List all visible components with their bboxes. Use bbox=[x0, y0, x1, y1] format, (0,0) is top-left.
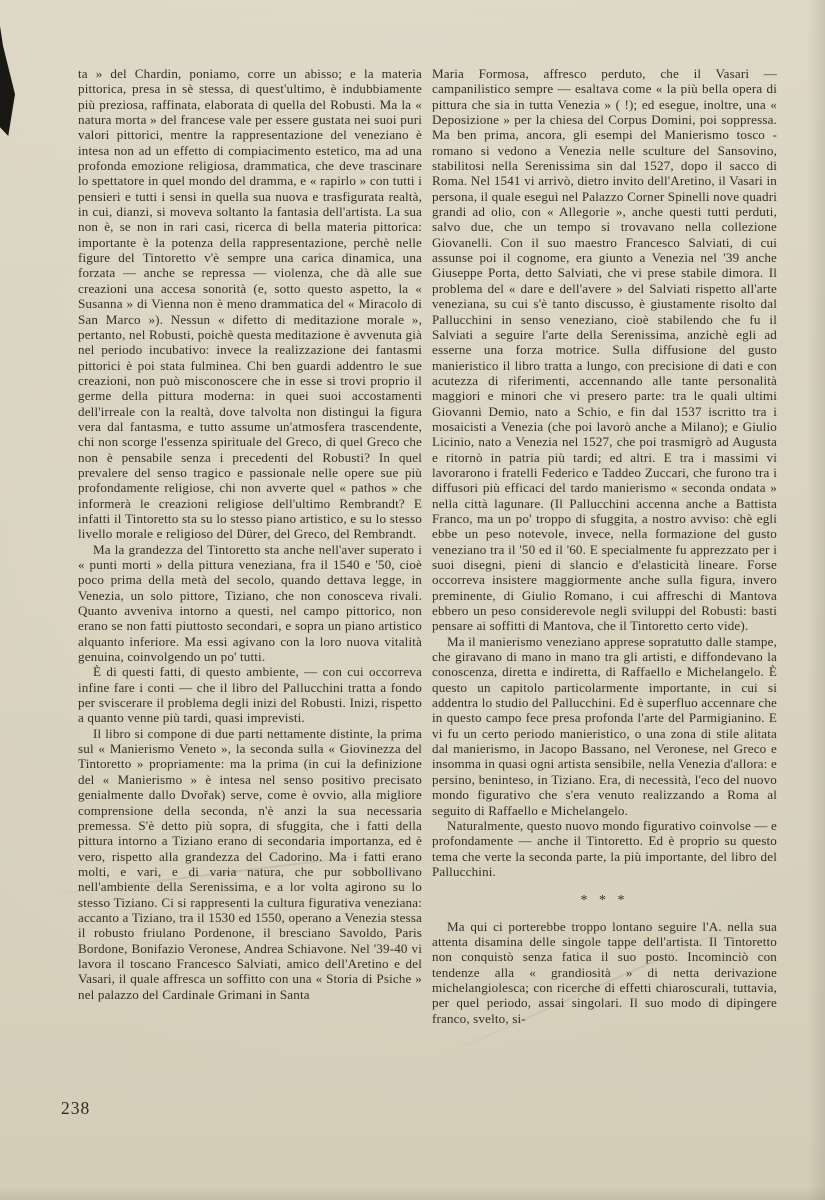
text-column-left: ta » del Chardin, poniamo, corre un abis… bbox=[78, 66, 422, 1002]
paragraph: Naturalmente, questo nuovo mondo figurat… bbox=[432, 818, 777, 879]
section-separator: * * * bbox=[432, 893, 777, 908]
page-number: 238 bbox=[61, 1098, 90, 1119]
paragraph: Ma la grandezza del Tintoretto sta anche… bbox=[78, 542, 422, 665]
page-edge-shadow-right bbox=[807, 0, 825, 1200]
book-page: ta » del Chardin, poniamo, corre un abis… bbox=[0, 0, 825, 1200]
paragraph-continuation: Maria Formosa, affresco perduto, che il … bbox=[432, 66, 777, 634]
page-edge-shadow-bottom bbox=[0, 1186, 825, 1200]
text-column-right: Maria Formosa, affresco perduto, che il … bbox=[432, 66, 777, 1026]
paragraph: Il libro si compone di due parti nettame… bbox=[78, 726, 422, 1002]
paragraph-continuation: ta » del Chardin, poniamo, corre un abis… bbox=[78, 66, 422, 542]
paragraph: È di questi fatti, di questo ambiente, —… bbox=[78, 664, 422, 725]
scan-corner-artifact bbox=[0, 26, 15, 136]
paragraph: Ma il manierismo veneziano apprese sopra… bbox=[432, 634, 777, 818]
paragraph: Ma qui ci porterebbe troppo lontano segu… bbox=[432, 919, 777, 1026]
